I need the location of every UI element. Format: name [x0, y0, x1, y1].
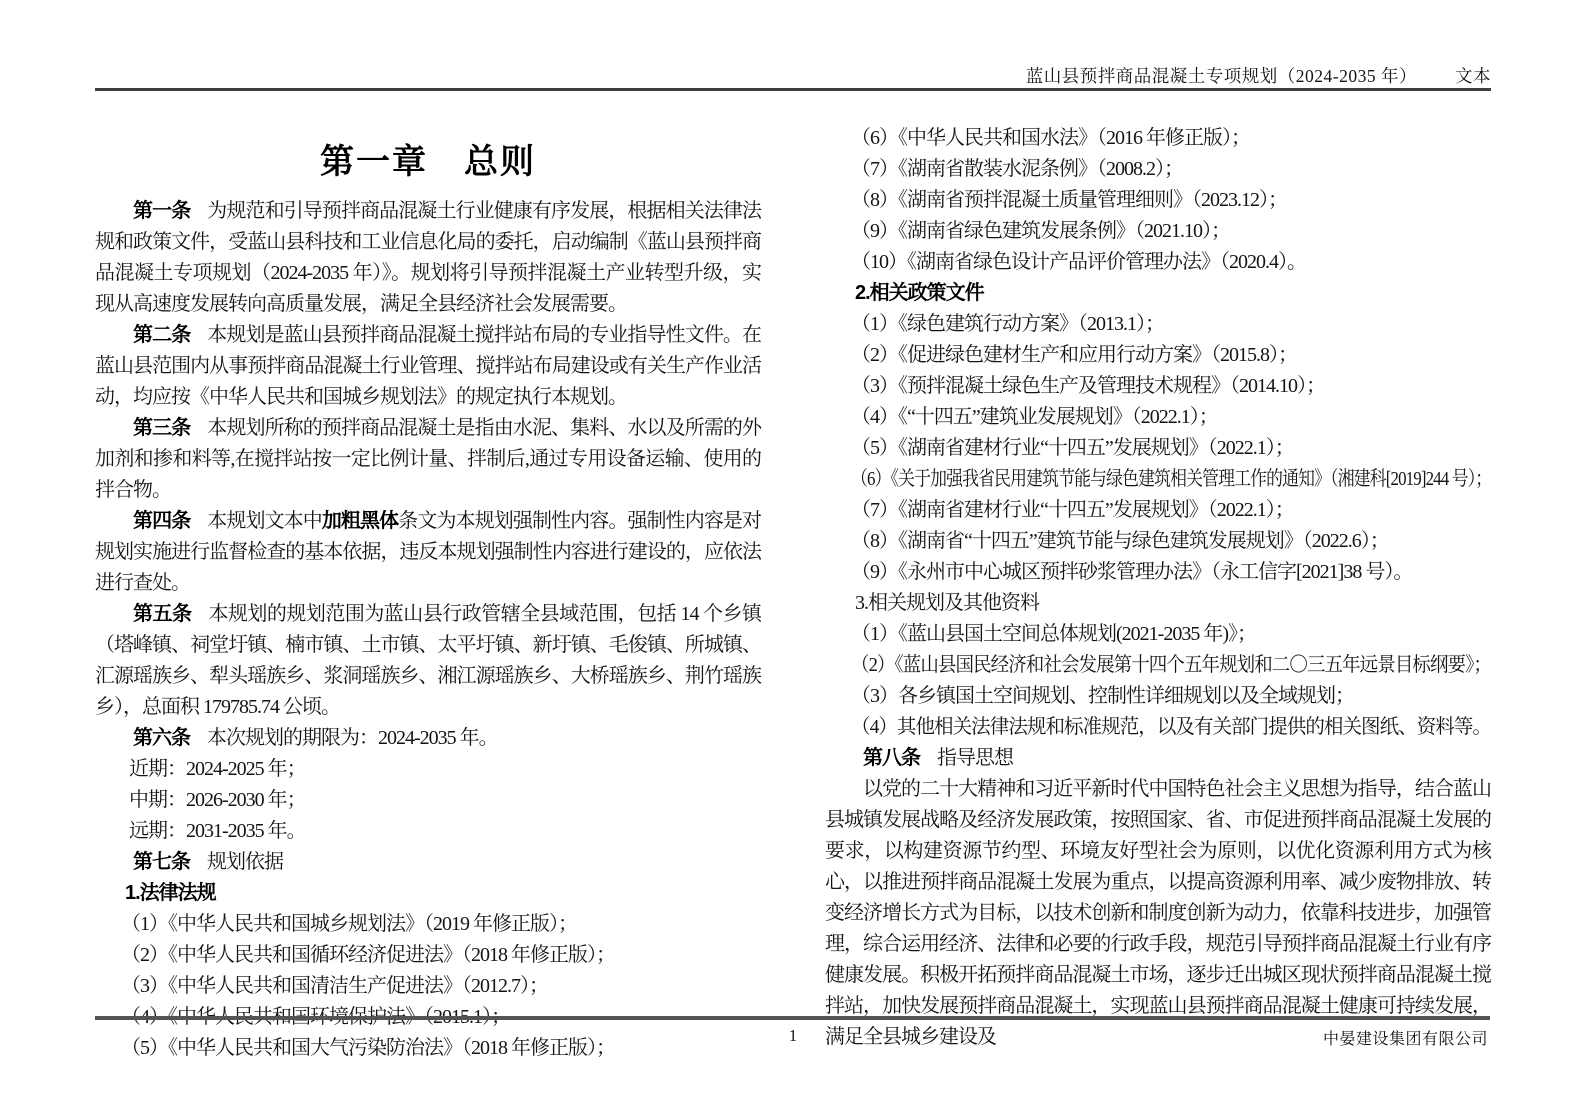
emphasized-text: 加粗黑体 [322, 510, 398, 532]
article-label: 第三条 [133, 417, 190, 439]
reference-item-text: （4）《“十四五”建筑业发展规划》（2022.1）； [851, 402, 1218, 433]
reference-item-text: （3）各乡镇国土空间规划、控制性详细规划以及全域规划； [851, 681, 1354, 712]
reference-item: （2）《中华人民共和国循环经济促进法》（2018 年修正版）； [95, 940, 761, 971]
article-text-segment: 为规范和引导预拌商品混凝土行业健康有序发展，根据相关法律法规和政策文件，受蓝山县… [95, 200, 761, 315]
reference-item: （5）《湖南省建材行业“十四五”发展规划》（2022.1）； [825, 433, 1491, 464]
section-subheading: 1.法律法规 [95, 878, 761, 909]
reference-item: （4）《“十四五”建筑业发展规划》（2022.1）； [825, 402, 1491, 433]
reference-item: （8）《湖南省预拌混凝土质量管理细则》（2023.12）； [825, 185, 1491, 216]
reference-item-text: （2）《蓝山县国民经济和社会发展第十四个五年规划和二〇三五年远景目标纲要》； [851, 650, 1491, 681]
article-paragraph: 第三条本规划所称的预拌商品混凝土是指由水泥、集料、水以及所需的外加剂和掺和料等,… [95, 413, 761, 506]
reference-item-text: （8）《湖南省“十四五”建筑节能与绿色建筑发展规划》（2022.6）； [851, 526, 1389, 557]
article-text-segment: 本规划所称的预拌商品混凝土是指由水泥、集料、水以及所需的外加剂和掺和料等,在搅拌… [95, 417, 761, 501]
right-column: （6）《中华人民共和国水法》（2016 年修正版）；（7）《湖南省散装水泥条例》… [825, 123, 1491, 1053]
page-header: 蓝山县预拌商品混凝土专项规划（2024-2035 年）文本 [1026, 63, 1491, 88]
section-subheading: 2.相关政策文件 [825, 278, 1491, 309]
article-label: 第七条 [133, 851, 190, 873]
reference-item: （9）《湖南省绿色建筑发展条例》（2021.10）； [825, 216, 1491, 247]
plan-period-line: 中期：2026-2030 年； [95, 785, 761, 816]
reference-item-text: （10）《湖南省绿色设计产品评价管理办法》（2020.4）。 [851, 247, 1306, 278]
header-doc-title: 蓝山县预拌商品混凝土专项规划（2024-2035 年） [1026, 66, 1417, 86]
reference-item: （7）《湖南省建材行业“十四五”发展规划》（2022.1）； [825, 495, 1491, 526]
article-paragraph: 第五条本规划的规划范围为蓝山县行政管辖全县域范围，包括 14 个乡镇（塔峰镇、祠… [95, 599, 761, 723]
article-paragraph: 第六条本次规划的期限为：2024-2035 年。 [95, 723, 761, 754]
reference-item-text: （7）《湖南省散装水泥条例》（2008.2）； [851, 154, 1183, 185]
reference-item-text: （9）《永州市中心城区预拌砂浆管理办法》（永工信字[2021]38 号）。 [851, 557, 1412, 588]
article-paragraph: 第七条规划依据 [95, 847, 761, 878]
reference-item: （1）《中华人民共和国城乡规划法》（2019 年修正版）； [95, 909, 761, 940]
reference-item-text: （6）《中华人民共和国水法》（2016 年修正版）； [851, 123, 1250, 154]
reference-item-text: （2）《促进绿色建材生产和应用行动方案》（2015.8）； [851, 340, 1297, 371]
article-text-segment: 本次规划的期限为：2024-2035 年。 [207, 727, 498, 749]
article-text-segment: 指导思想 [937, 747, 1013, 769]
footer-company: 中晏建设集团有限公司 [1323, 1026, 1488, 1049]
page-number: 1 [95, 1026, 1491, 1046]
article-paragraph: 第八条指导思想 [825, 743, 1491, 774]
left-column: 第一章 总则 第一条为规范和引导预拌商品混凝土行业健康有序发展，根据相关法律法规… [95, 91, 761, 1064]
article-label: 第六条 [133, 727, 190, 749]
reference-item-text: （9）《湖南省绿色建筑发展条例》（2021.10）； [851, 216, 1230, 247]
reference-item: （3）《中华人民共和国清洁生产促进法》（2012.7）； [95, 971, 761, 1002]
footer-rule [95, 1016, 1490, 1020]
reference-item: （3）《预拌混凝土绿色生产及管理技术规程》（2014.10）； [825, 371, 1491, 402]
reference-item: （1）《绿色建筑行动方案》（2013.1）； [825, 309, 1491, 340]
plan-period-line: 远期：2031-2035 年。 [95, 816, 761, 847]
reference-item: （2）《促进绿色建材生产和应用行动方案》（2015.8）； [825, 340, 1491, 371]
article-text-segment: 条文为本规划强制性内容。强制性内容是对规划实施进行监督检查的基本依据，违反本规划… [95, 510, 761, 594]
article-label: 第四条 [133, 510, 190, 532]
article-text-segment: 本规划的规划范围为蓝山县行政管辖全县域范围，包括 14 个乡镇（塔峰镇、祠堂圩镇… [95, 603, 761, 718]
reference-item: （6）《中华人民共和国水法》（2016 年修正版）； [825, 123, 1491, 154]
header-doc-type: 文本 [1455, 66, 1491, 86]
reference-item-text: （3）《中华人民共和国清洁生产促进法》（2012.7）； [121, 971, 548, 1002]
reference-item: （2）《蓝山县国民经济和社会发展第十四个五年规划和二〇三五年远景目标纲要》； [825, 650, 1491, 681]
reference-item-text: （7）《湖南省建材行业“十四五”发展规划》（2022.1）； [851, 495, 1294, 526]
article-paragraph: 第四条本规划文本中加粗黑体条文为本规划强制性内容。强制性内容是对规划实施进行监督… [95, 506, 761, 599]
article-paragraph: 第一条为规范和引导预拌商品混凝土行业健康有序发展，根据相关法律法规和政策文件，受… [95, 196, 761, 320]
article-label: 第二条 [133, 324, 190, 346]
reference-item-text: （5）《湖南省建材行业“十四五”发展规划》（2022.1）； [851, 433, 1294, 464]
reference-item-text: （1）《中华人民共和国城乡规划法》（2019 年修正版）； [121, 909, 577, 940]
reference-item-text: （3）《预拌混凝土绿色生产及管理技术规程》（2014.10）； [851, 371, 1325, 402]
reference-item: （1）《蓝山县国土空间总体规划(2021-2035 年)》； [825, 619, 1491, 650]
article-text-segment: 以党的二十大精神和习近平新时代中国特色社会主义思想为指导，结合蓝山县城镇发展战略… [825, 778, 1491, 1048]
article-label: 第一条 [133, 200, 190, 222]
reference-item-text: （2）《中华人民共和国循环经济促进法》（2018 年修正版）； [121, 940, 615, 971]
reference-item: （6）《关于加强我省民用建筑节能与绿色建筑相关管理工作的通知》（湘建科[2019… [825, 464, 1491, 495]
article-text-segment: 本规划是蓝山县预拌商品混凝土搅拌站布局的专业指导性文件。在蓝山县范围内从事预拌商… [95, 324, 761, 408]
document-body: 第一章 总则 第一条为规范和引导预拌商品混凝土行业健康有序发展，根据相关法律法规… [95, 91, 1491, 1064]
reference-item: （10）《湖南省绿色设计产品评价管理办法》（2020.4）。 [825, 247, 1491, 278]
reference-item-text: （4）其他相关法律法规和标准规范，以及有关部门提供的相关图纸、资料等。 [851, 712, 1491, 743]
reference-item: （7）《湖南省散装水泥条例》（2008.2）； [825, 154, 1491, 185]
article-label: 第五条 [133, 603, 191, 625]
reference-item: （8）《湖南省“十四五”建筑节能与绿色建筑发展规划》（2022.6）； [825, 526, 1491, 557]
reference-item: （4）其他相关法律法规和标准规范，以及有关部门提供的相关图纸、资料等。 [825, 712, 1491, 743]
reference-item: （3）各乡镇国土空间规划、控制性详细规划以及全域规划； [825, 681, 1491, 712]
section-subheading: 3.相关规划及其他资料 [825, 588, 1491, 619]
plan-period-line: 近期：2024-2025 年； [95, 754, 761, 785]
reference-item: （9）《永州市中心城区预拌砂浆管理办法》（永工信字[2021]38 号）。 [825, 557, 1491, 588]
reference-item-text: （8）《湖南省预拌混凝土质量管理细则》（2023.12）； [851, 185, 1287, 216]
body-paragraph: 以党的二十大精神和习近平新时代中国特色社会主义思想为指导，结合蓝山县城镇发展战略… [825, 774, 1491, 1053]
reference-item-text: （1）《绿色建筑行动方案》（2013.1）； [851, 309, 1164, 340]
article-label: 第八条 [863, 747, 920, 769]
reference-item-text: （6）《关于加强我省民用建筑节能与绿色建筑相关管理工作的通知》（湘建科[2019… [851, 464, 1491, 495]
article-paragraph: 第二条本规划是蓝山县预拌商品混凝土搅拌站布局的专业指导性文件。在蓝山县范围内从事… [95, 320, 761, 413]
reference-item-text: （1）《蓝山县国土空间总体规划(2021-2035 年)》； [851, 619, 1256, 650]
chapter-title: 第一章 总则 [95, 142, 761, 182]
article-text-segment: 规划依据 [207, 851, 283, 873]
article-text-segment: 本规划文本中 [207, 510, 322, 532]
